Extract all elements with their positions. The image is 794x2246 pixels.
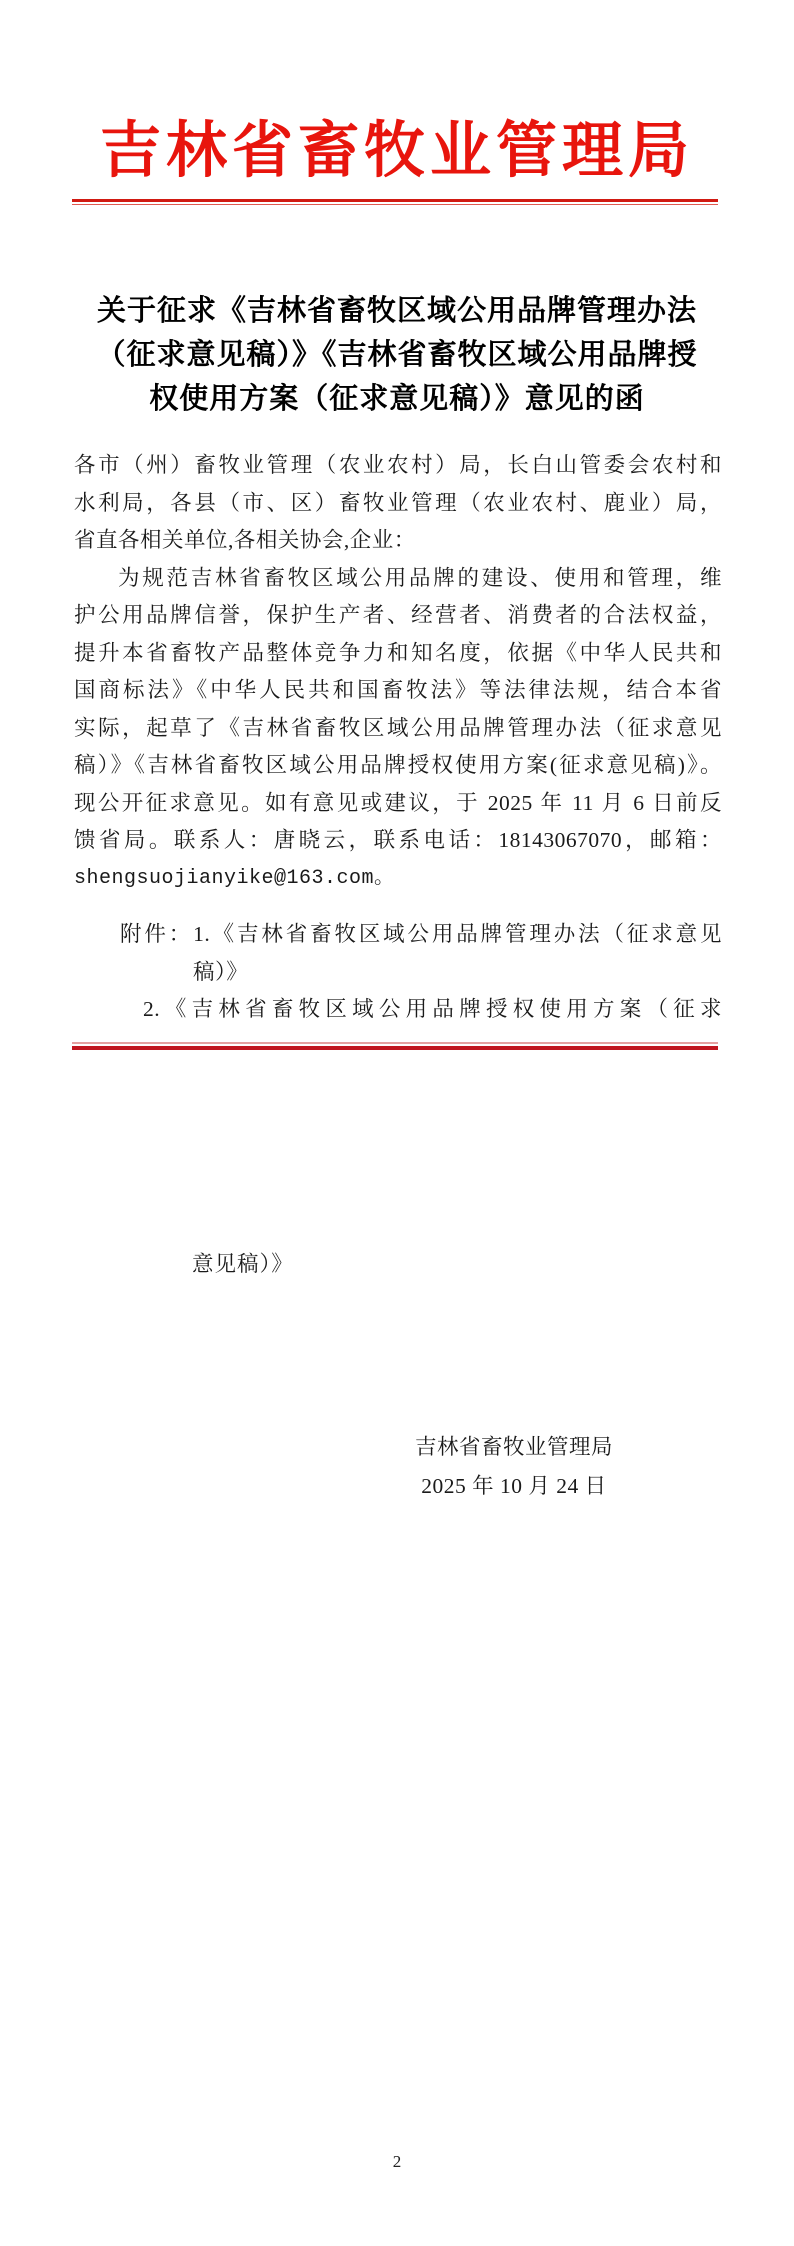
attachment-line: 2.《吉林省畜牧区域公用品牌授权使用方案（征求 — [143, 991, 722, 1029]
title-line: 权使用方案（征求意见稿）》意见的函 — [40, 377, 754, 421]
letterhead-double-rule — [72, 199, 718, 205]
attachment-line: 附件：1.《吉林省畜牧区域公用品牌管理办法（征求意见 — [120, 916, 722, 954]
title-line: （征求意见稿）》《吉林省畜牧区域公用品牌授 — [40, 333, 754, 377]
signature-block: 吉林省畜牧业管理局 2025 年 10 月 24 日 — [415, 1428, 613, 1505]
body-line: 提升本省畜牧产品整体竞争力和知名度，依据《中华人民共和 — [74, 635, 722, 673]
body-line: 现公开征求意见。如有意见或建议，于 2025 年 11 月 6 日前反 — [74, 785, 722, 823]
title-line: 关于征求《吉林省畜牧区域公用品牌管理办法 — [40, 289, 754, 333]
rule-thin-line — [72, 204, 718, 205]
signature-org: 吉林省畜牧业管理局 — [415, 1428, 613, 1467]
body-line: 护公用品牌信誉，保护生产者、经营者、消费者的合法权益， — [74, 597, 722, 635]
page-number: 2 — [0, 2152, 794, 2172]
rule-thick-line — [72, 1046, 718, 1050]
salutation-line: 水利局，各县（市、区）畜牧业管理（农业农村、鹿业）局， — [74, 485, 722, 523]
attachment-list: 附件：1.《吉林省畜牧区域公用品牌管理办法（征求意见 稿）》 2.《吉林省畜牧区… — [74, 916, 722, 1029]
contact-email: shengsuojianyike@163.com。 — [74, 860, 722, 898]
salutation-line: 各市（州）畜牧业管理（农业农村）局，长白山管委会农村和 — [74, 447, 722, 485]
attachment-line: 稿）》 — [193, 954, 722, 992]
body-line: 馈省局。联系人：唐晓云，联系电话：18143067070，邮箱： — [74, 822, 722, 860]
signature-date: 2025 年 10 月 24 日 — [415, 1467, 613, 1506]
body-line: 国商标法》《中华人民共和国畜牧法》等法律法规，结合本省 — [74, 672, 722, 710]
page-break-double-rule — [72, 1042, 718, 1050]
document-page: 吉林省畜牧业管理局 关于征求《吉林省畜牧区域公用品牌管理办法 （征求意见稿）》《… — [0, 0, 794, 2246]
document-title: 关于征求《吉林省畜牧区域公用品牌管理办法 （征求意见稿）》《吉林省畜牧区域公用品… — [40, 289, 754, 421]
body-line: 稿）》《吉林省畜牧区域公用品牌授权使用方案(征求意见稿)》。 — [74, 747, 722, 785]
body-line: 为规范吉林省畜牧区域公用品牌的建设、使用和管理，维 — [74, 560, 722, 598]
body-line: 实际，起草了《吉林省畜牧区域公用品牌管理办法（征求意见 — [74, 710, 722, 748]
attachment-continuation: 意见稿）》 — [192, 1247, 294, 1278]
salutation-line: 省直各相关单位,各相关协会,企业： — [74, 522, 722, 560]
letterhead-org: 吉林省畜牧业管理局 — [0, 102, 794, 189]
letter-body: 各市（州）畜牧业管理（农业农村）局，长白山管委会农村和 水利局，各县（市、区）畜… — [74, 447, 722, 897]
